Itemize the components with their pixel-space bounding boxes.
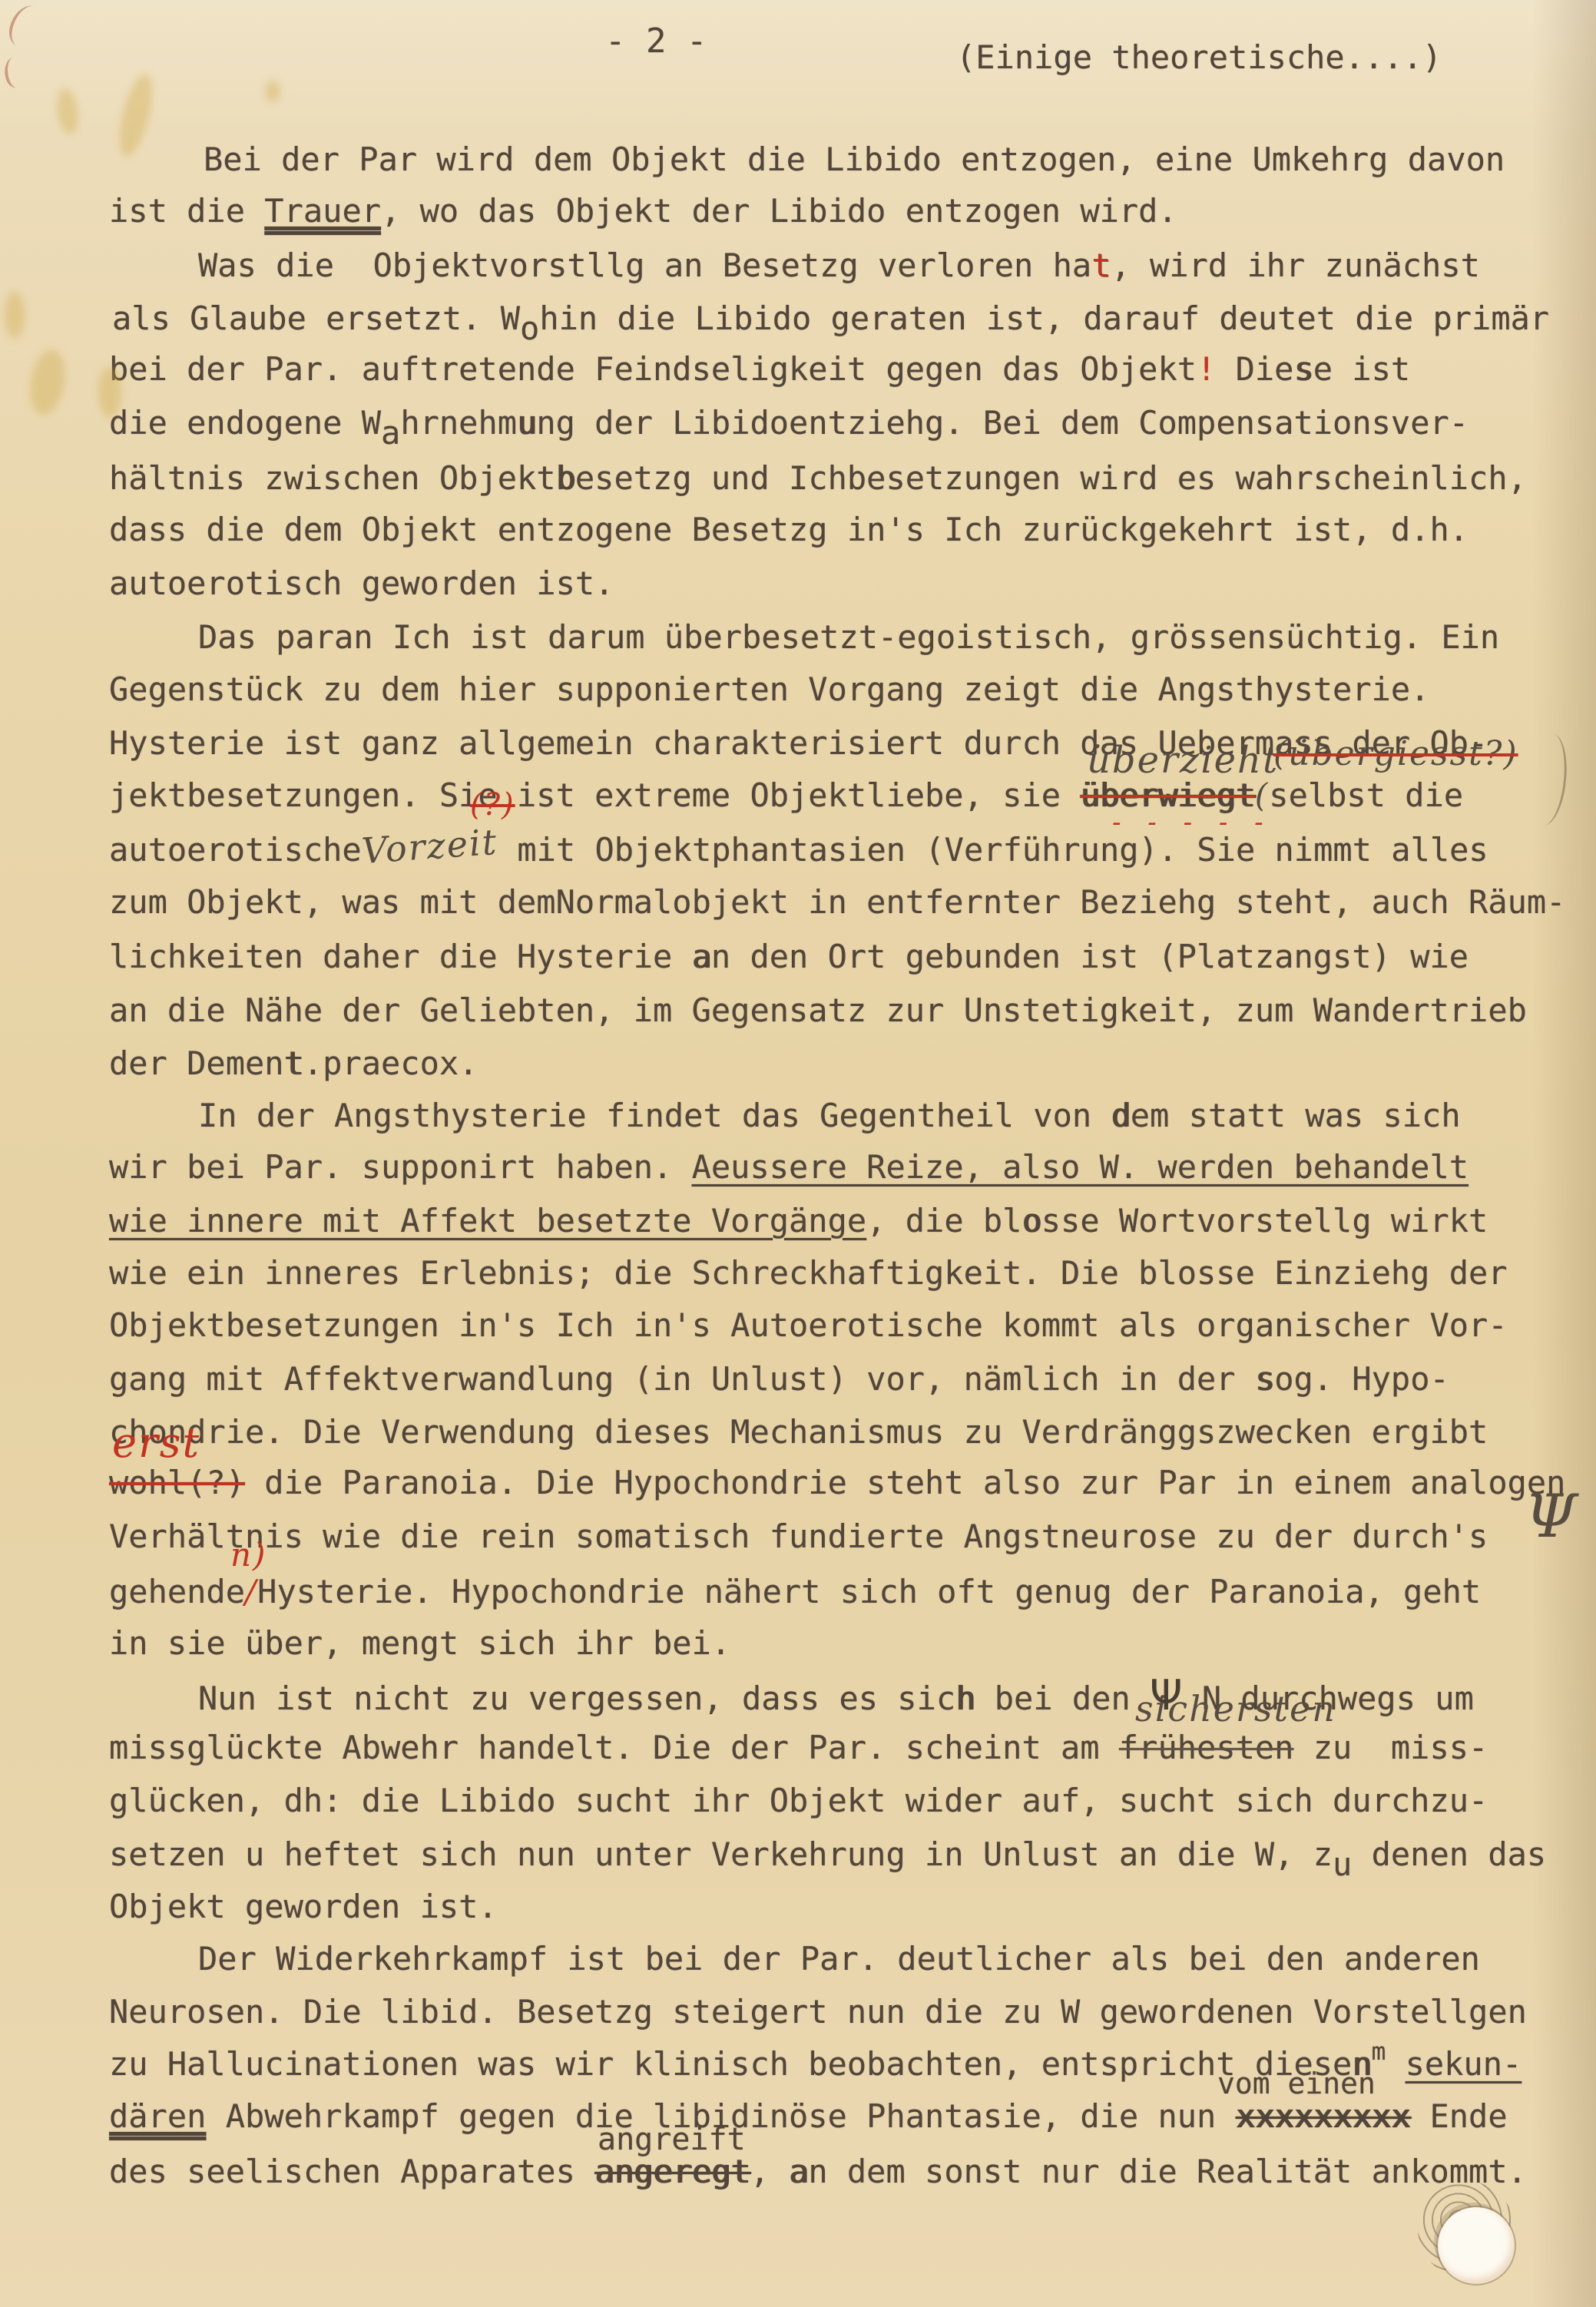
typed-text: bei der Par. auftretende Feindseligkeit … (109, 350, 1197, 388)
paper-stain (55, 87, 81, 135)
typed-text: Trauer (264, 192, 381, 230)
handwritten-annotation: sichersten (1135, 1691, 1336, 1726)
handwritten-insertion: Vorzeit (360, 820, 499, 872)
handwritten-annotation: - - - - - (1112, 809, 1273, 836)
typed-line: wohl(?) die Paranoia. Die Hypochondrie s… (109, 1461, 1565, 1504)
typed-text: .praecox. (303, 1044, 478, 1082)
typed-text: a (789, 2153, 808, 2190)
typed-line: Objekt geworden ist. (109, 1885, 498, 1928)
typed-line: missglückte Abwehr handelt. Die der Par.… (109, 1726, 1488, 1769)
typed-correction: angreift (598, 2124, 746, 2155)
typed-text: ng der Libidoentziehg. Bei dem Compensat… (536, 404, 1469, 442)
handwritten-annotation: erst (112, 1422, 200, 1464)
typed-text: esetzg und Ichbesetzungen wird es wahrsc… (575, 459, 1527, 497)
typed-text: og. Hypo- (1274, 1360, 1449, 1398)
typed-text: frühesten (1119, 1729, 1294, 1766)
typed-text: Die (1216, 350, 1293, 388)
typed-line: chondrie. Die Verwendung dieses Mechanis… (109, 1411, 1488, 1454)
typed-line: ist die Trauer, wo das Objekt der Libido… (109, 190, 1177, 233)
typed-text: autoerotische (109, 831, 362, 869)
paper-stain (265, 81, 280, 102)
typed-text: angeregt (594, 2153, 750, 2190)
typed-line: Was die Objektvorstllg an Besetzg verlor… (198, 244, 1480, 287)
typed-text: a (692, 938, 711, 975)
typed-line: dass die dem Objekt entzogene Besetzg in… (109, 508, 1469, 551)
typed-text: o (520, 307, 539, 350)
typed-line: wie innere mit Affekt besetzte Vorgänge,… (109, 1200, 1488, 1243)
typed-text: chondrie. Die Verwendung dieses Mechanis… (109, 1413, 1488, 1451)
typed-text: Aeussere Reize, also W. werden behandelt (692, 1148, 1469, 1186)
typed-text: des seelischen Apparates (109, 2153, 594, 2190)
typed-text: als Glaube ersetzt. W (112, 300, 520, 337)
typed-text: zum Objekt, was mit demNormalobjekt in e… (109, 883, 1565, 921)
typed-text: n dem sonst nur die Realität ankommt. (808, 2153, 1527, 2190)
paper-stain (5, 292, 25, 338)
typed-text: hin die Libido geraten ist, darauf deute… (539, 300, 1549, 337)
typed-line: hältnis zwischen Objektbesetzg und Ichbe… (109, 457, 1527, 500)
typed-text: autoerotisch geworden ist. (109, 564, 614, 602)
typed-line: dären Abwehrkampf gegen die libidinöse P… (109, 2095, 1508, 2138)
typed-line: In der Angsthysterie findet das Gegenthe… (198, 1094, 1461, 1137)
handwritten-annotation: (übergiesst?) (1273, 737, 1518, 771)
typed-text: gang mit Affektverwandlung (in Unlust) v… (109, 1360, 1255, 1398)
typed-text: Verhältnis wie die rein somatisch fundie… (109, 1518, 1488, 1555)
typed-text: dass die dem Objekt entzogene Besetzg in… (109, 511, 1469, 548)
typed-text: die endogene W (109, 404, 381, 442)
handwritten-annotation: überzieht (1087, 742, 1279, 779)
typed-text: wohl(?) (109, 1464, 245, 1501)
page-number: - 2 - (605, 22, 707, 61)
typed-text: , wo das Objekt der Libido entzogen wird… (381, 192, 1177, 230)
typed-text: s (1293, 350, 1313, 388)
typed-text: e ist (1313, 350, 1410, 388)
typed-text: sse Wortvorstellg wirkt (1041, 1202, 1488, 1240)
typed-text: Objektbesetzungen in's Ich in's Autoerot… (109, 1306, 1508, 1344)
typed-text: hältnis zwischen Objekt (109, 459, 556, 497)
typed-text: , wird ihr zunächst (1111, 247, 1479, 284)
typed-text: d (1111, 1097, 1130, 1134)
typed-line: als Glaube ersetzt. Wohin die Libido ger… (112, 297, 1549, 340)
typed-text: Gegenstück zu dem hier supponierten Vorg… (109, 670, 1429, 708)
pencil-stroke (1525, 732, 1571, 827)
typed-line: bei der Par. auftretende Feindseligkeit … (109, 348, 1410, 391)
paper-stain (25, 347, 70, 418)
typed-line: gehende/Hysterie. Hypochondrie nähert si… (109, 1571, 1481, 1614)
typed-text: gehende (109, 1573, 245, 1610)
typed-line: Objektbesetzungen in's Ich in's Autoerot… (109, 1304, 1508, 1347)
typed-text: ist die (109, 192, 264, 230)
typed-line: der Dement.praecox. (109, 1042, 478, 1085)
paper-stain (98, 367, 121, 418)
typed-text: a (381, 412, 400, 455)
typed-text: lichkeiten daher die Hysterie (109, 938, 692, 975)
typed-text: zu Hallucinationen was wir klinisch beob… (109, 2045, 1352, 2083)
typed-text: ! (1197, 350, 1216, 388)
typed-text: Bei der Par wird dem Objekt die Libido e… (204, 141, 1505, 178)
typed-text: wir bei Par. supponirt haben. (109, 1148, 692, 1186)
typed-text: wie ein inneres Erlebnis; die Schreckhaf… (109, 1254, 1508, 1292)
typed-text: t (1091, 247, 1111, 284)
punch-hole (1438, 2207, 1515, 2284)
typed-text: u (517, 404, 536, 442)
typed-line: die endogene Wahrnehmung der Libidoentzi… (109, 402, 1469, 445)
typed-line: des seelischen Apparates angeregt, an de… (109, 2150, 1527, 2193)
typed-text: hrnehm (400, 404, 517, 442)
typed-text: glücken, dh: die Libido sucht ihr Objekt… (109, 1782, 1488, 1819)
typed-line: autoerotisch geworden ist. (109, 562, 614, 605)
typed-text: zu miss- (1293, 1729, 1488, 1766)
typed-text: wie innere mit Affekt besetzte Vorgänge (109, 1202, 866, 1240)
typed-line: zum Objekt, was mit demNormalobjekt in e… (109, 881, 1565, 924)
typed-line: Verhältnis wie die rein somatisch fundie… (109, 1515, 1488, 1558)
typed-line: autoerotischeVorzeit mit Objektphantasie… (109, 827, 1488, 872)
typed-text: sekun- (1406, 2045, 1522, 2083)
typed-text: bei den (975, 1680, 1150, 1717)
typed-text: in sie über, mengt sich ihr bei. (109, 1624, 730, 1662)
typed-line: an die Nähe der Geliebten, im Gegensatz … (109, 989, 1527, 1032)
typed-text: , (750, 2153, 789, 2190)
typed-text: die Paranoia. Die Hypochondrie steht als… (245, 1464, 1565, 1501)
typed-text: Ende (1410, 2097, 1507, 2135)
typed-text (1386, 2045, 1405, 2083)
typed-line: setzen u heftet sich nun unter Verkehrun… (109, 1833, 1546, 1876)
typed-text: setzen u heftet sich nun unter Verkehrun… (109, 1835, 1333, 1873)
handwritten-annotation: Ψ (1525, 1487, 1578, 1547)
typed-text: Das paran Ich ist darum überbesetzt-egoi… (198, 618, 1499, 656)
typed-text: s (1255, 1360, 1274, 1398)
typed-line: glücken, dh: die Libido sucht ihr Objekt… (109, 1779, 1488, 1822)
typed-text: denen das (1352, 1835, 1546, 1873)
typed-text: em statt was sich (1131, 1097, 1461, 1134)
ink-smudge (5, 1, 47, 51)
typed-line: Das paran Ich ist darum überbesetzt-egoi… (198, 616, 1499, 659)
typed-text: xxxxxxxxx (1236, 2097, 1411, 2135)
typed-text: dären (109, 2097, 206, 2135)
typed-text: Neurosen. Die libid. Besetzg steigert nu… (109, 1993, 1527, 2031)
typed-line: Neurosen. Die libid. Besetzg steigert nu… (109, 1991, 1527, 2034)
typed-line: gang mit Affektverwandlung (in Unlust) v… (109, 1358, 1449, 1401)
ink-smudge (2, 55, 29, 90)
typed-text: Was die Objektvorstllg an Besetzg verlor… (198, 247, 1091, 284)
typed-line: lichkeiten daher die Hysterie an den Ort… (109, 935, 1469, 978)
typed-text: n den Ort gebunden ist (Platzangst) wie (711, 938, 1469, 975)
typed-text: In der Angsthysterie findet das Gegenthe… (198, 1097, 1111, 1134)
typed-text: Nun ist nicht zu vergessen, dass es sic (198, 1680, 955, 1717)
typed-line: Bei der Par wird dem Objekt die Libido e… (204, 138, 1505, 181)
typed-text: Hysterie. Hypochondrie nähert sich oft g… (257, 1573, 1481, 1610)
typed-text: der Demen (109, 1044, 284, 1082)
paper-stain (113, 71, 159, 160)
typed-line: Gegenstück zu dem hier supponierten Vorg… (109, 668, 1429, 711)
typed-text: Objekt geworden ist. (109, 1888, 498, 1925)
typed-correction: vom einen (1217, 2069, 1376, 2098)
typed-text: mit Objektphantasien (Verführung). Sie n… (498, 831, 1488, 869)
typed-text: b (556, 459, 575, 497)
manuscript-page: - 2 - (Einige theoretische....) Bei der … (0, 0, 1596, 2307)
typed-text: h (955, 1680, 975, 1717)
typed-text: , die bl (866, 1202, 1022, 1240)
typed-line: Der Widerkehrkampf ist bei der Par. deut… (198, 1938, 1480, 1981)
handwritten-annotation: n) (230, 1539, 267, 1571)
typed-text: Der Widerkehrkampf ist bei der Par. deut… (198, 1940, 1480, 1978)
typed-text: missglückte Abwehr handelt. Die der Par.… (109, 1729, 1119, 1766)
typed-line: in sie über, mengt sich ihr bei. (109, 1622, 730, 1665)
typed-text: jektbesetzungen. Sie ist extreme Objektl… (109, 776, 1080, 814)
typed-line: wie ein inneres Erlebnis; die Schreckhaf… (109, 1252, 1508, 1295)
handwritten-insertion: / (245, 1573, 257, 1610)
typed-line: wir bei Par. supponirt haben. Aeussere R… (109, 1146, 1469, 1189)
typed-text: an die Nähe der Geliebten, im Gegensatz … (109, 991, 1527, 1029)
handwritten-annotation: (?) (470, 789, 515, 820)
typed-text: t (284, 1044, 303, 1082)
typed-text: o (1022, 1202, 1041, 1240)
typed-text: u (1333, 1843, 1352, 1886)
typed-text: selbst die (1269, 776, 1463, 814)
title-note: (Einige theoretische....) (956, 38, 1442, 76)
